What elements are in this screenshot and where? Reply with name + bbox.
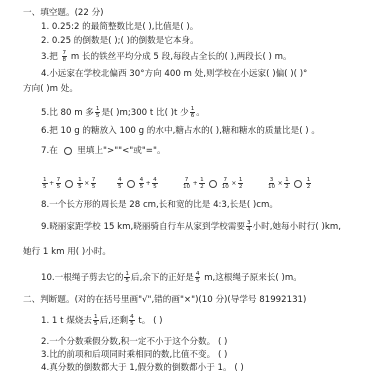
q3-prefix: 3.把: [41, 52, 58, 62]
q3-suffix: m 长的铁丝平均分成 5 段,每段占全长的( ),两段长( ) m。: [71, 52, 292, 62]
question-6: 6.把 10 g 的糖放入 100 g 的水中,糖占水的( ),糖和糖水的质量比…: [41, 126, 320, 137]
fraction: 15: [95, 106, 101, 119]
comparison-1: 15 + 75 15 × 75: [41, 177, 97, 190]
section2-title: 二、判断题。(对的在括号里画"√",错的画"×")(10 分)(导学号 8199…: [23, 295, 306, 306]
question-4-continued: 方向( )m 处。: [23, 84, 78, 95]
question-3: 3.把 78 m 长的铁丝平均分成 5 段,每段占全长的( ),两段长( ) m…: [41, 50, 292, 63]
comparison-3: 710 + 12 710 × 12: [181, 177, 244, 190]
judgment-3: 3.比的前项和后项同时乘相同的数,比值不变。 ( ): [41, 350, 227, 361]
question-9: 9.晓丽家距学校 15 km,晓丽骑自行车从家到学校需要34小时,她每小时行( …: [41, 220, 341, 233]
question-5: 5.比 80 m 多15是( )m;300 t 比( )t 少16。: [41, 106, 205, 119]
comparison-circle-icon[interactable]: [65, 180, 73, 188]
question-2: 2. 0.25 的倒数是( );( )的倒数是它本身。: [41, 36, 199, 47]
judgment-2: 2.一个分数乘假分数,积一定不小于这个分数。 ( ): [41, 337, 227, 348]
judgment-1: 1. 1 t 煤烧去15后,还剩45 t。 ( ): [41, 314, 163, 327]
question-1: 1. 0.25:2 的最简整数比是( ),比值是( )。: [41, 22, 198, 33]
question-8: 8.一个长方形的周长是 28 cm,长和宽的比是 4:3,长是( )cm。: [41, 200, 278, 211]
comparison-circle-icon[interactable]: [127, 180, 135, 188]
circle-icon: [64, 147, 72, 155]
section1-title: 一、填空题。(22 分): [23, 8, 104, 19]
fraction: 45: [129, 314, 135, 327]
fraction: 16: [190, 106, 196, 119]
comparison-2: 45 45 + 45: [116, 177, 159, 190]
judgment-4: 4.真分数的倒数都大于 1,假分数的倒数都小于 1。 ( ): [41, 363, 244, 374]
question-7: 7.在 里填上">""<"或"="。: [41, 146, 166, 157]
fraction: 45: [195, 271, 201, 284]
comparison-circle-icon[interactable]: [294, 180, 302, 188]
question-4: 4.小远家在学校北偏西 30°方向 400 m 处,则学校在小远家( )偏( )…: [41, 69, 307, 80]
question-10: 10.一根绳子剪去它的15后,余下的正好是45 m,这根绳子原来长( )m。: [41, 271, 302, 284]
fraction: 15: [93, 314, 99, 327]
comparison-circle-icon[interactable]: [209, 180, 217, 188]
fraction: 15: [124, 271, 130, 284]
question-9-continued: 她行 1 km 用( )小时。: [23, 247, 111, 258]
comparison-4: 310 × 12 12: [266, 177, 312, 190]
fraction: 34: [246, 220, 252, 233]
fraction: 78: [62, 50, 68, 63]
